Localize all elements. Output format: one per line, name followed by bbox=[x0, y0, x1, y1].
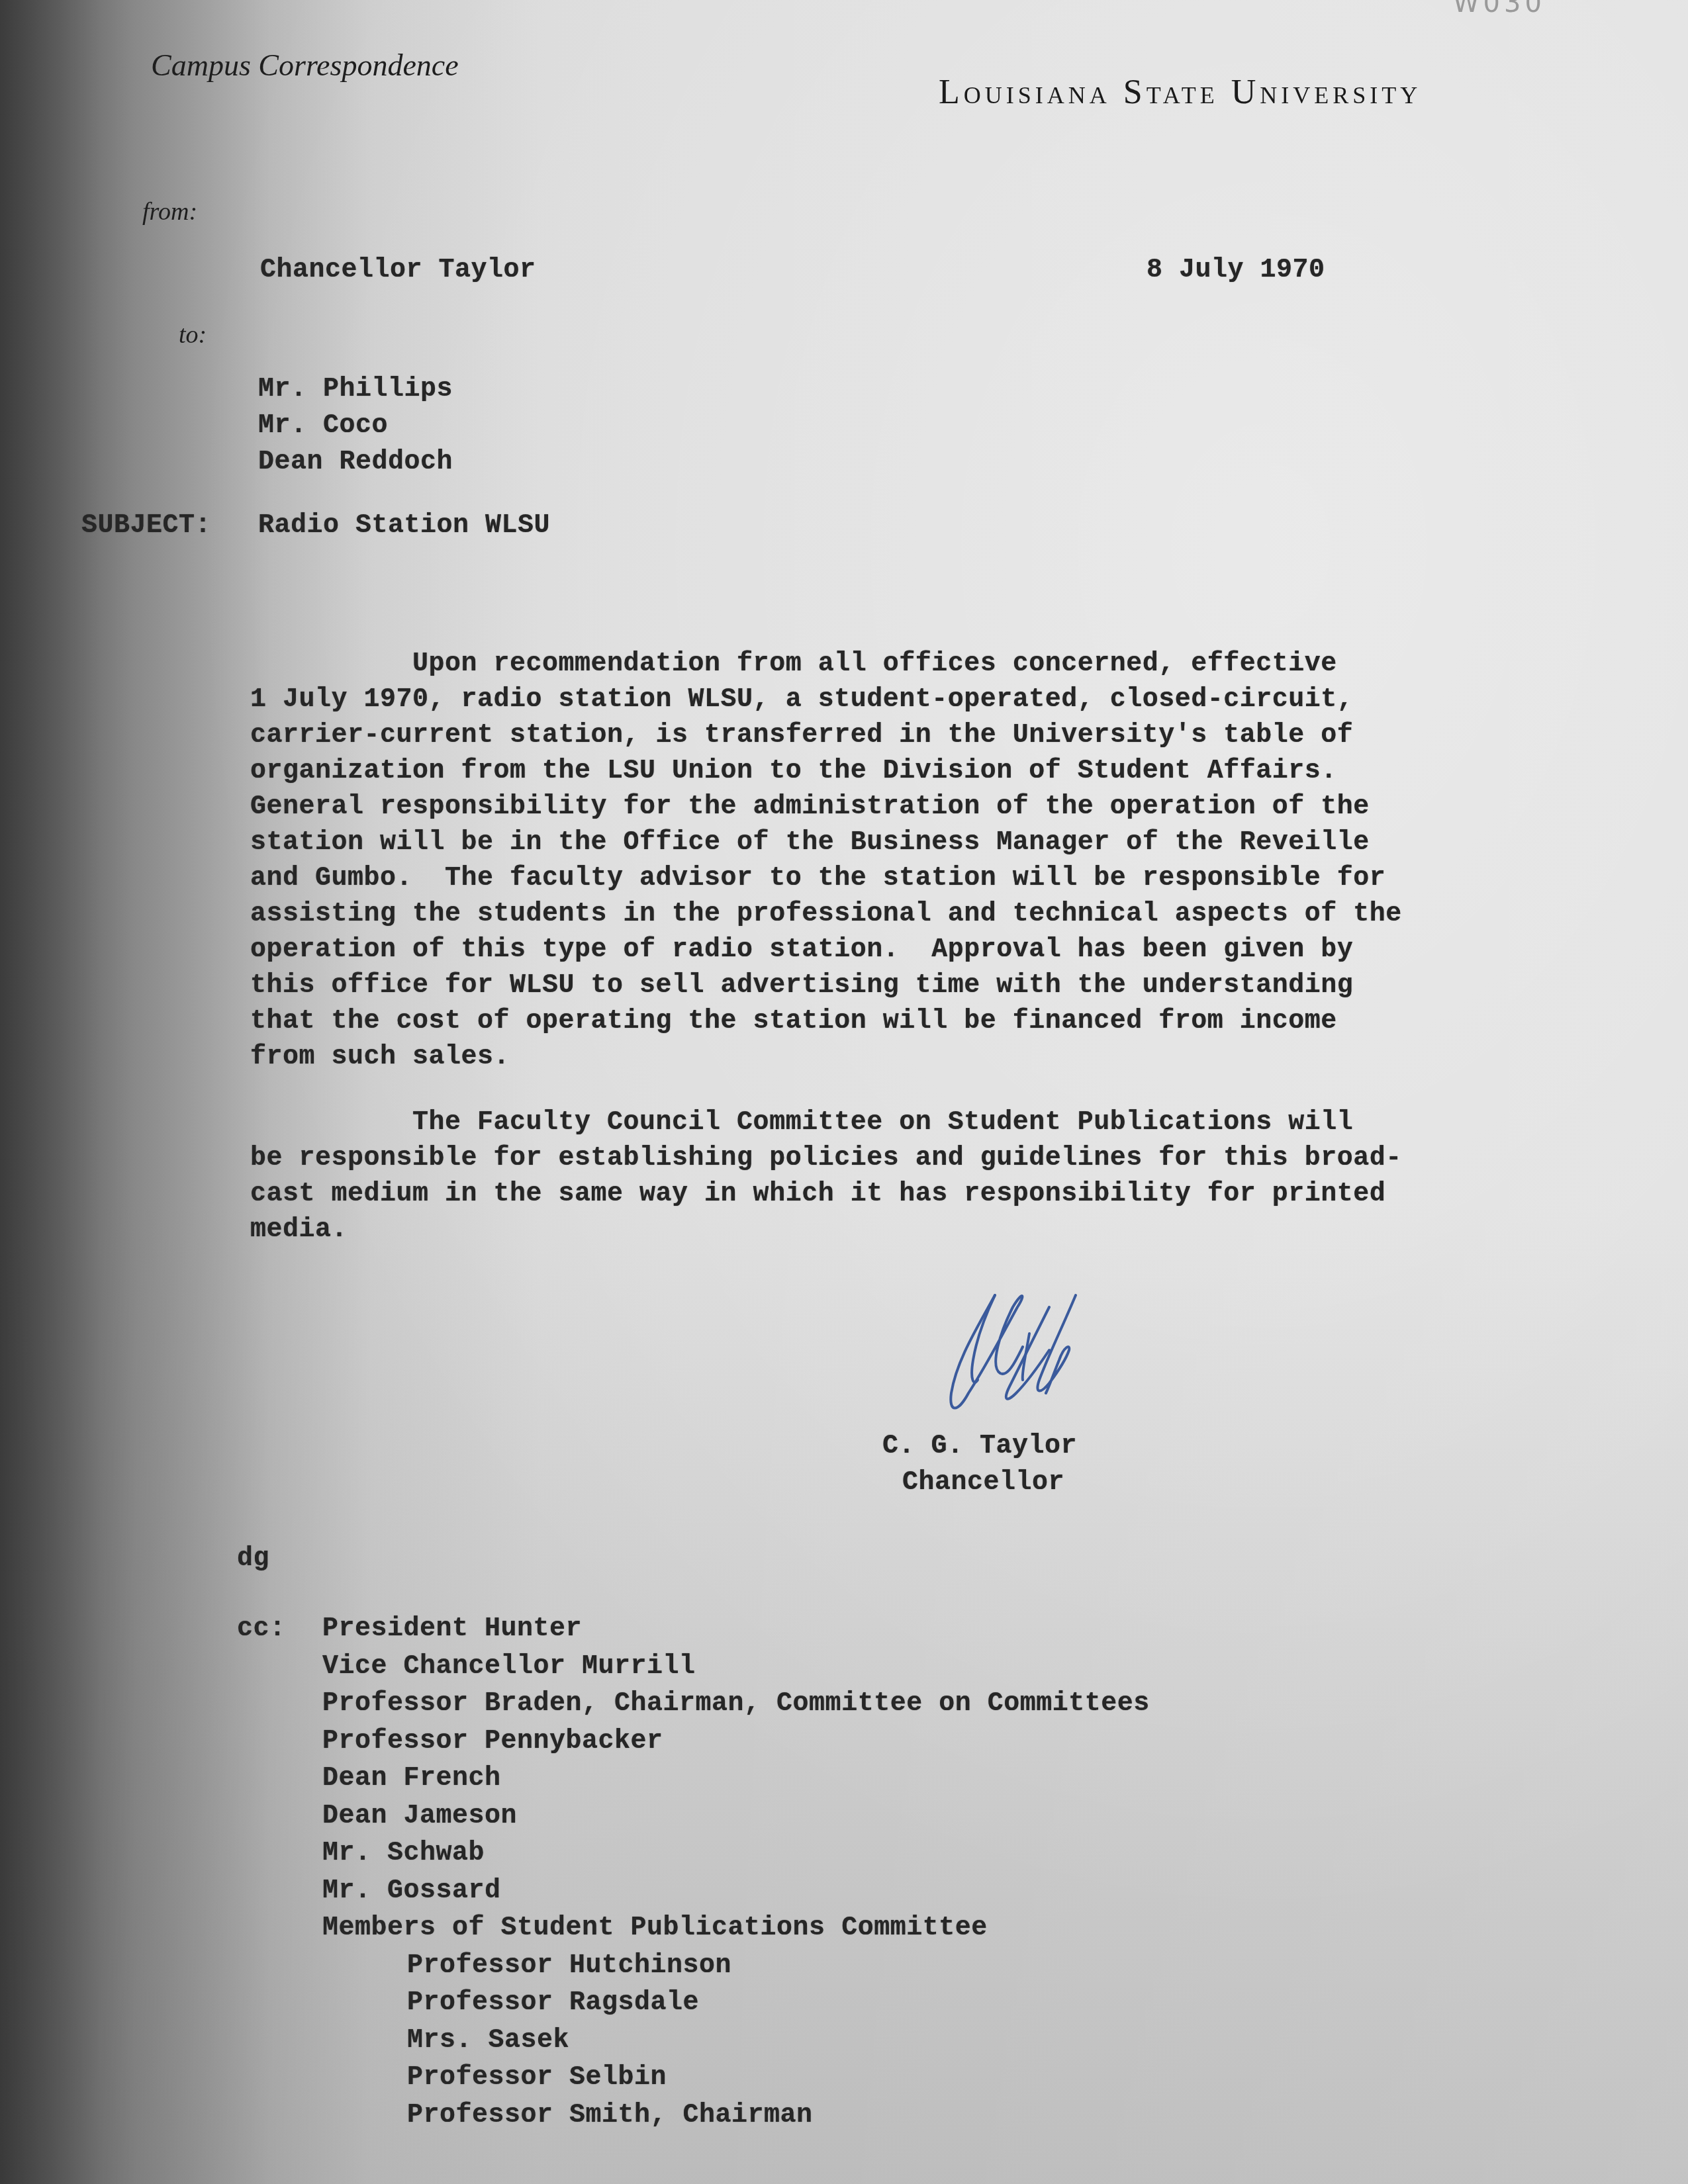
paragraph-line: assisting the students in the profession… bbox=[250, 897, 1508, 933]
paragraph-line: General responsibility for the administr… bbox=[250, 790, 1508, 825]
signer-name: C. G. Taylor bbox=[882, 1432, 1077, 1461]
cc-committee-member: Mrs. Sasek bbox=[322, 2023, 1150, 2060]
paragraph-line: operation of this type of radio station.… bbox=[250, 933, 1508, 968]
subject-value: Radio Station WLSU bbox=[258, 511, 550, 541]
paragraph-line: carrier-current station, is transferred … bbox=[250, 718, 1508, 754]
handwritten-note: W030 bbox=[1453, 0, 1546, 19]
cc-recipient: Vice Chancellor Murrill bbox=[322, 1649, 1150, 1686]
cc-label: cc: bbox=[237, 1611, 286, 1649]
cc-committee-member: Professor Hutchinson bbox=[322, 1948, 1150, 1985]
paragraph-line: this office for WLSU to sell advertising… bbox=[250, 968, 1508, 1004]
paragraph-line: organization from the LSU Union to the D… bbox=[250, 754, 1508, 790]
from-label: from: bbox=[142, 197, 197, 226]
signer-title: Chancellor bbox=[902, 1468, 1064, 1498]
memo-page: W030 Campus Correspondence Louisiana Sta… bbox=[0, 0, 1688, 2184]
cc-recipient: Mr. Schwab bbox=[322, 1835, 1150, 1873]
cc-recipient: Members of Student Publications Committe… bbox=[322, 1910, 1150, 1948]
recipient-name: Mr. Phillips bbox=[258, 375, 453, 404]
paragraph-line: The Faculty Council Committee on Student… bbox=[250, 1105, 1508, 1141]
paragraph-line: and Gumbo. The faculty advisor to the st… bbox=[250, 861, 1508, 897]
cc-recipient: Dean French bbox=[322, 1760, 1150, 1798]
recipient-name: Mr. Coco bbox=[258, 411, 388, 441]
from-value: Chancellor Taylor bbox=[260, 255, 536, 285]
paragraph-line: Upon recommendation from all offices con… bbox=[250, 647, 1508, 682]
cc-recipient: President Hunter bbox=[322, 1611, 1150, 1649]
cc-recipients-list: President HunterVice Chancellor MurrillP… bbox=[322, 1611, 1150, 2134]
cc-committee-member: Professor Ragsdale bbox=[322, 1985, 1150, 2023]
cc-recipient: Dean Jameson bbox=[322, 1798, 1150, 1836]
paragraph-line: cast medium in the same way in which it … bbox=[250, 1177, 1508, 1212]
to-label: to: bbox=[179, 320, 207, 349]
typist-initials: dg bbox=[237, 1544, 269, 1574]
paragraph-line: 1 July 1970, radio station WLSU, a stude… bbox=[250, 682, 1508, 718]
cc-committee-member: Professor Selbin bbox=[322, 2060, 1150, 2097]
paragraph-line: media. bbox=[250, 1212, 1508, 1248]
cc-committee-member: Professor Smith, Chairman bbox=[322, 2097, 1150, 2135]
letterhead-campus-correspondence: Campus Correspondence bbox=[151, 48, 459, 83]
subject-label: SUBJECT: bbox=[81, 511, 211, 541]
body-paragraph-1: Upon recommendation from all offices con… bbox=[250, 647, 1508, 1075]
signature-image bbox=[917, 1287, 1115, 1426]
recipient-name: Dean Reddoch bbox=[258, 447, 453, 477]
paragraph-line: station will be in the Office of the Bus… bbox=[250, 825, 1508, 861]
cc-recipient: Professor Braden, Chairman, Committee on… bbox=[322, 1686, 1150, 1723]
paragraph-line: be responsible for establishing policies… bbox=[250, 1141, 1508, 1177]
memo-date: 8 July 1970 bbox=[1147, 255, 1325, 285]
cc-recipient: Mr. Gossard bbox=[322, 1873, 1150, 1911]
paragraph-line: that the cost of operating the station w… bbox=[250, 1004, 1508, 1040]
letterhead-university-name: Louisiana State University bbox=[939, 73, 1421, 112]
paragraph-line: from such sales. bbox=[250, 1040, 1508, 1075]
cc-recipient: Professor Pennybacker bbox=[322, 1723, 1150, 1761]
body-paragraph-2: The Faculty Council Committee on Student… bbox=[250, 1105, 1508, 1248]
